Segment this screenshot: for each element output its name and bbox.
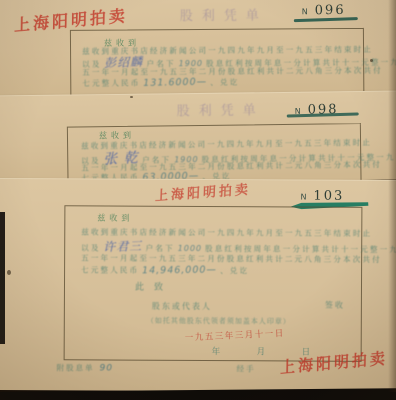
photo-of-dividend-certificates: 股利凭单 N 096 兹收到 兹收到重庆书店经济新闻公司一九四九年九月至一九五三…: [0, 0, 396, 400]
paper-speck: [130, 96, 133, 98]
received-header: 兹收到: [97, 212, 133, 223]
attachment-label: 附股息单: [57, 362, 95, 373]
amount-handwritten: 131.6000—: [143, 76, 207, 89]
body-line-4-suffix: 、兑讫: [220, 265, 249, 276]
body-line-4: 七元整人民币 14,946,000— 、兑讫: [81, 264, 249, 276]
certificate-title: 股利凭单: [177, 99, 265, 119]
serial-value: 103: [313, 189, 344, 204]
body-line-4-suffix: 、兑讫: [210, 77, 239, 88]
serial-number: N 103: [300, 189, 344, 204]
amount-handwritten: 14,946,000—: [142, 264, 217, 276]
footer-attachment-note: 附股息单 90: [57, 362, 114, 373]
body-line-3: 五一年一月起至一九五三年二月份股息红利共计二元八角三分本次共付: [81, 252, 382, 265]
serial-value: 096: [315, 3, 346, 18]
proxy-note: （如托其他股东代领者须加盖本人印章）: [147, 316, 291, 327]
date-month-label: 月: [257, 345, 266, 357]
attachment-count-handwritten: 90: [100, 363, 114, 373]
sign-receipt-label: 签收: [325, 300, 345, 311]
serial-prefix: N: [300, 193, 306, 202]
paper-speck: [370, 59, 373, 62]
shareholder-signature-label: 股东或代表人: [152, 301, 212, 312]
certificate-098: 股利凭单 N 098 兹收到 兹收到重庆书店经济新闻公司一九四九年九月至一九五三…: [0, 91, 396, 185]
body-line-4-prefix: 七元整人民币: [82, 77, 140, 88]
certificate-title: 股利凭单: [180, 5, 268, 25]
photo-shadow-edge-right: [388, 0, 396, 392]
photo-dark-edge-left: [0, 212, 5, 344]
serial-number: N 096: [302, 3, 346, 18]
serial-prefix: N: [302, 7, 308, 16]
date-year-label: 年: [212, 345, 221, 357]
salute-line: 此致: [135, 280, 173, 293]
paper-speck: [7, 270, 11, 275]
shares-handwritten: 1000: [178, 244, 202, 253]
handler-label: 经手: [237, 363, 256, 374]
body-line-4-prefix: 七元整人民币: [81, 264, 139, 275]
body-line-4: 七元整人民币 131.6000— 、兑讫: [82, 77, 239, 89]
